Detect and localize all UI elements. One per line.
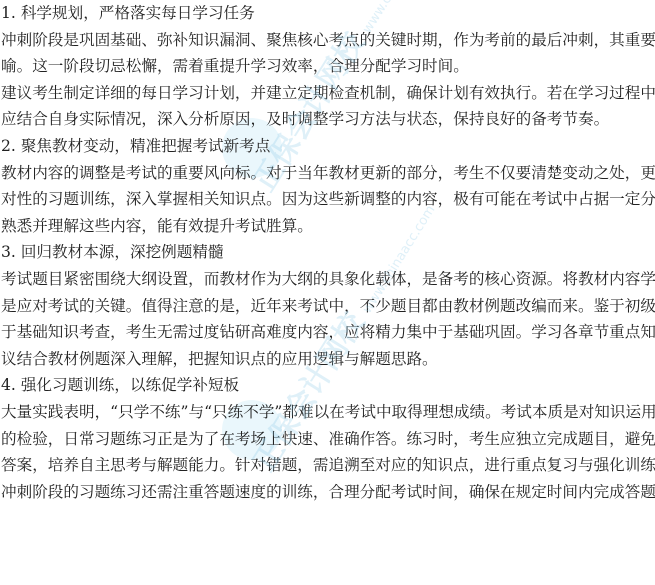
article-body: 1. 科学规划，严格落实每日学习任务 冲刺阶段是巩固基础、弥补知识漏洞、聚焦核心… bbox=[1, 0, 655, 505]
section-heading: 4. 强化习题训练，以练促学补短板 bbox=[1, 372, 655, 399]
paragraph-line: 大量实践表明，“只学不练”与“只练不学”都难以在考试中取得理想成绩。考试本质是对… bbox=[1, 399, 655, 426]
paragraph-line: 喻。这一阶段切忌松懈，需着重提升学习效率，合理分配学习时间。 bbox=[1, 53, 655, 80]
paragraph-line: 对性的习题训练，深入掌握相关知识点。因为这些新调整的内容，极有可能在考试中占据一… bbox=[1, 186, 655, 213]
paragraph-line: 教材内容的调整是考试的重要风向标。对于当年教材更新的部分，考生不仅要清楚变动之处… bbox=[1, 160, 655, 187]
paragraph-line: 应结合自身实际情况，深入分析原因，及时调整学习方法与状态，保持良好的备考节奏。 bbox=[1, 106, 655, 133]
paragraph-line: 于基础知识考查，考生无需过度钻研高难度内容，应将精力集中于基础巩固。学习各章节重… bbox=[1, 319, 655, 346]
paragraph-line: 的检验，日常习题练习正是为了在考场上快速、准确作答。练习时，考生应独立完成题目，… bbox=[1, 426, 655, 453]
paragraph-line: 熟悉并理解这些内容，能有效提升考试胜算。 bbox=[1, 213, 655, 240]
paragraph-line: 冲刺阶段的习题练习还需注重答题速度的训练，合理分配考试时间，确保在规定时间内完成… bbox=[1, 479, 655, 506]
paragraph-line: 冲刺阶段是巩固基础、弥补知识漏洞、聚焦核心考点的关键时期，作为考前的最后冲刺，其… bbox=[1, 27, 655, 54]
section-heading: 2. 聚焦教材变动，精准把握考试新考点 bbox=[1, 133, 655, 160]
paragraph-line: 建议考生制定详细的每日学习计划，并建立定期检查机制，确保计划有效执行。若在学习过… bbox=[1, 80, 655, 107]
paragraph-line: 考试题目紧密围绕大纲设置，而教材作为大纲的具象化载体，是备考的核心资源。将教材内… bbox=[1, 266, 655, 293]
paragraph-line: 答案，培养自主思考与解题能力。针对错题，需追溯至对应的知识点，进行重点复习与强化… bbox=[1, 452, 655, 479]
section-heading: 1. 科学规划，严格落实每日学习任务 bbox=[1, 0, 655, 27]
paragraph-line: 是应对考试的关键。值得注意的是，近年来考试中，不少题目都由教材例题改编而来。鉴于… bbox=[1, 293, 655, 320]
paragraph-line: 议结合教材例题深入理解，把握知识点的应用逻辑与解题思路。 bbox=[1, 346, 655, 373]
section-heading: 3. 回归教材本源，深挖例题精髓 bbox=[1, 239, 655, 266]
